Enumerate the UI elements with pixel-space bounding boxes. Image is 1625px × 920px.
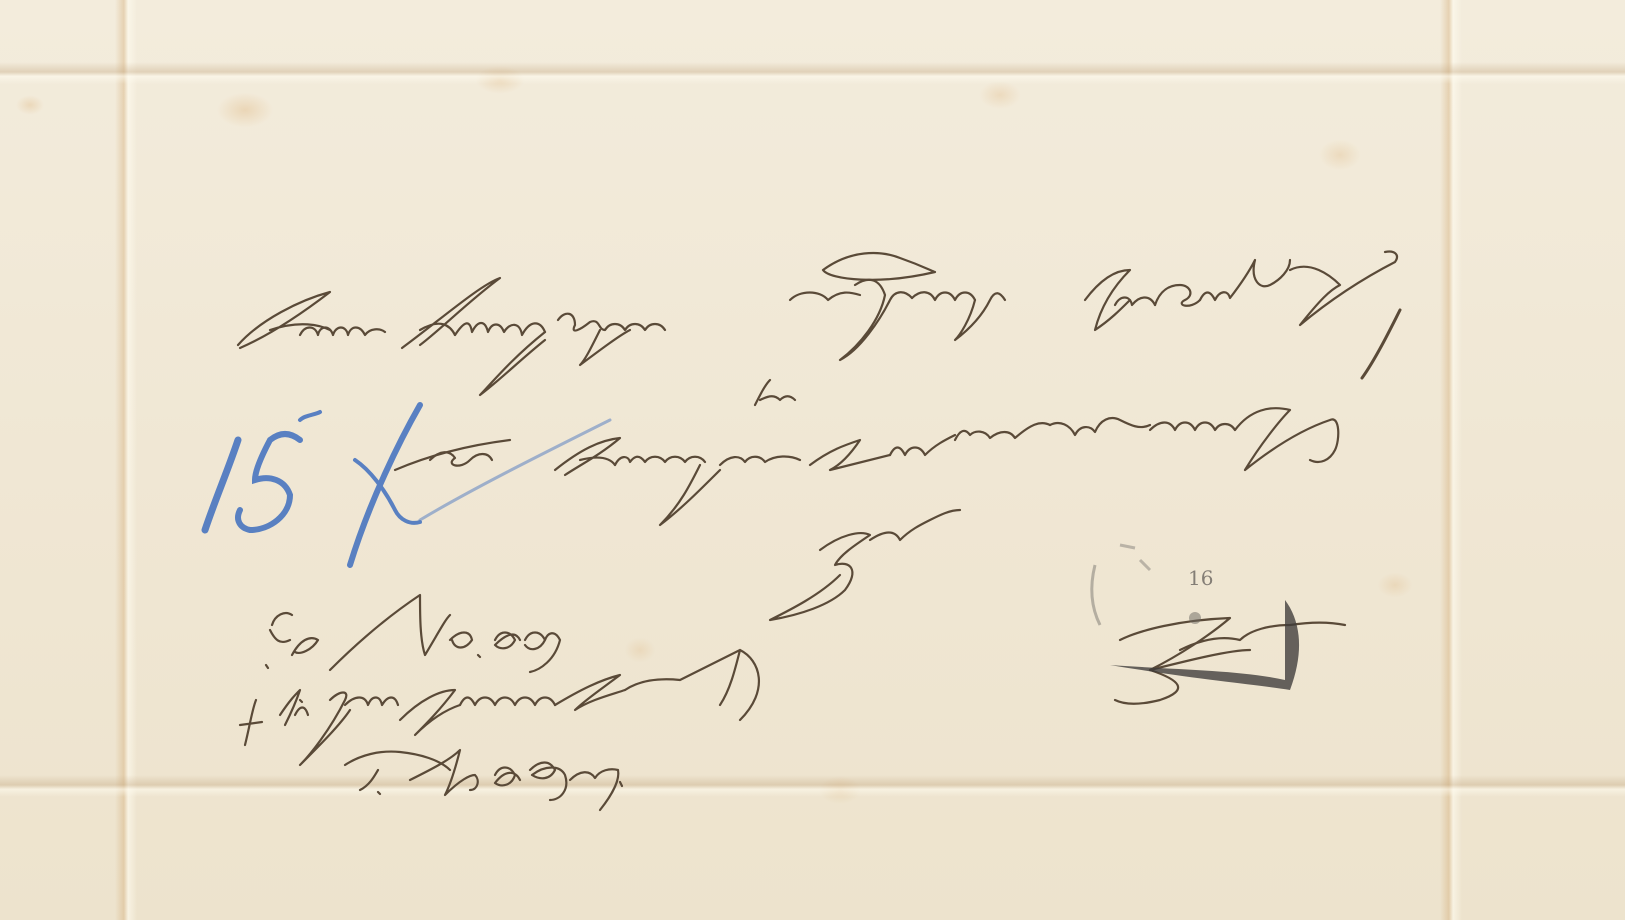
address-line-1 [238,252,1400,395]
address-line-2 [395,380,1338,525]
blue-crayon-postage-mark [205,405,610,565]
docket-notes [240,595,759,810]
postmark-day: 16 [1188,566,1213,590]
postmark-stamp: 16 [1092,545,1299,690]
address-line-4 [1115,618,1345,704]
letter-paper: 16 [0,0,1625,920]
handwriting: 16 [0,0,1625,920]
address-line-3 [770,510,960,620]
